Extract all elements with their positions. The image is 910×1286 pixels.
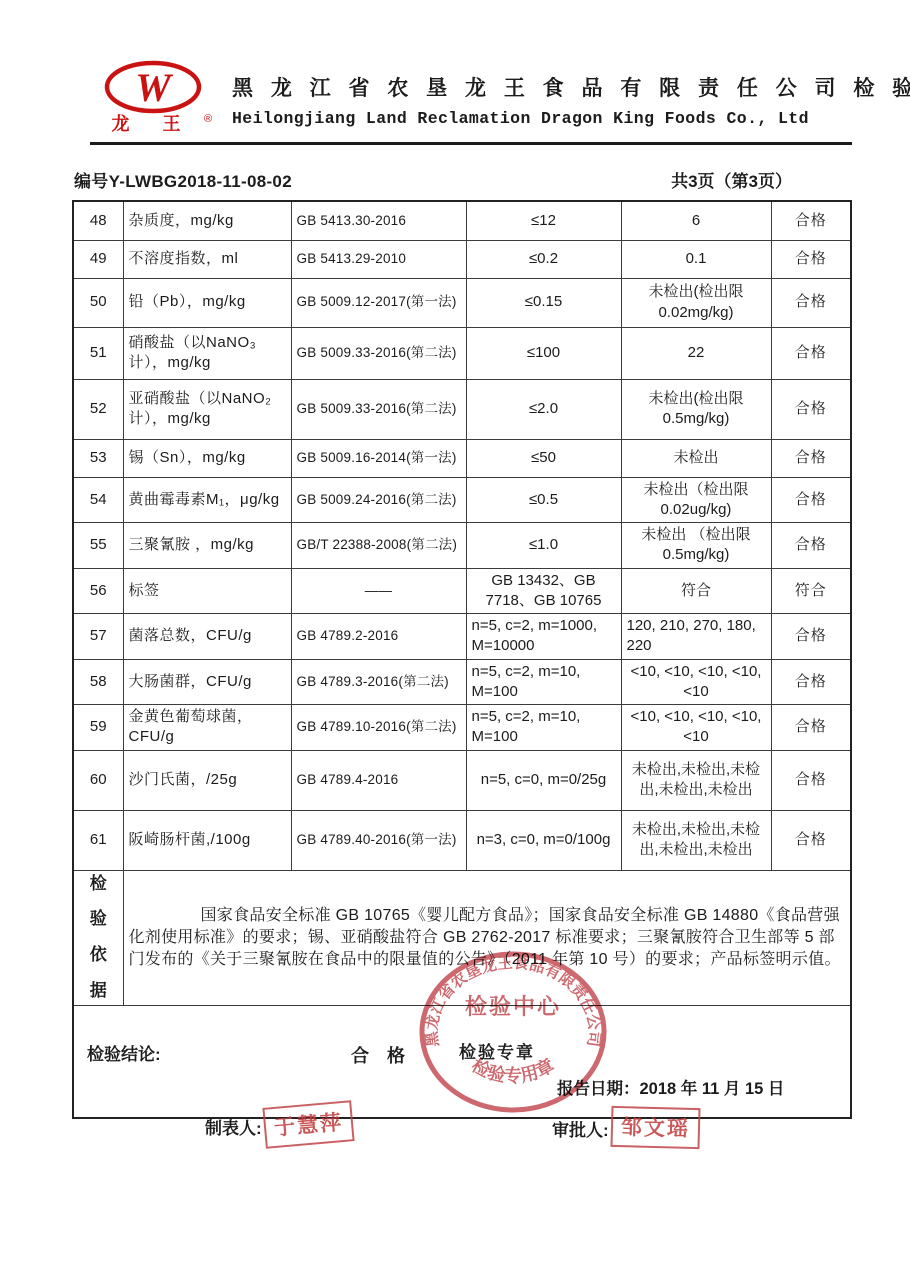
item-name: 杂质度，mg/kg	[123, 201, 291, 240]
approver-label: 审批人:	[552, 1116, 609, 1141]
test-method: GB 5009.33-2016(第二法)	[291, 327, 466, 379]
conclusion-label: 检验结论:	[87, 1044, 161, 1067]
test-method: GB 4789.40-2016(第一法)	[291, 810, 466, 870]
result-value: 6	[621, 201, 771, 240]
row-no: 51	[73, 327, 123, 379]
test-method: GB 4789.10-2016(第二法)	[291, 705, 466, 751]
result-value: 未检出(检出限 0.02mg/kg)	[621, 278, 771, 327]
limit-value: n=5, c=2, m=10, M=100	[466, 705, 621, 751]
table-row: 61 阪崎肠杆菌,/100g GB 4789.40-2016(第一法) n=3,…	[73, 810, 851, 870]
test-method: GB 5009.24-2016(第二法)	[291, 477, 466, 523]
limit-value: ≤100	[466, 327, 621, 379]
limit-value: ≤2.0	[466, 379, 621, 439]
limit-value: n=5, c=0, m=0/25g	[466, 750, 621, 810]
item-name: 标签	[123, 568, 291, 614]
row-no: 49	[73, 240, 123, 278]
conclusion-value: 合格	[771, 523, 851, 569]
result-value: 120, 210, 270, 180, 220	[621, 614, 771, 660]
page-indicator: 共3页（第3页）	[671, 167, 792, 192]
result-value: 符合	[621, 568, 771, 614]
report-page: W 龙 王 ® 黑 龙 江 省 农 垦 龙 王 食 品 有 限 责 任 公 司 …	[0, 0, 910, 1286]
result-value: 未检出,未检出,未检出,未检出,未检出	[621, 810, 771, 870]
limit-value: ≤1.0	[466, 523, 621, 569]
limit-value: ≤0.15	[466, 278, 621, 327]
basis-label-char: 依	[90, 944, 107, 967]
limit-value: ≤12	[466, 201, 621, 240]
table-row: 50 铅（Pb），mg/kg GB 5009.12-2017(第一法) ≤0.1…	[73, 278, 851, 327]
basis-label-cell: 检 验 依 据	[73, 870, 123, 1006]
row-no: 53	[73, 439, 123, 477]
result-value: 未检出（检出限 0.02ug/kg)	[621, 477, 771, 523]
conclusion-value: 合格	[771, 659, 851, 705]
basis-label-char: 检	[90, 873, 107, 896]
conclusion-result: 合 格	[351, 1044, 405, 1068]
item-name: 菌落总数，CFU/g	[123, 614, 291, 660]
item-name: 锡（Sn），mg/kg	[123, 439, 291, 477]
official-seal: 黑龙江省农垦龙王食品有限责任公司 检验中心 检验专用章	[416, 948, 610, 1118]
test-method: GB 5413.29-2010	[291, 240, 466, 278]
conclusion-value: 符合	[771, 568, 851, 614]
row-no: 57	[73, 614, 123, 660]
item-name: 金黄色葡萄球菌，CFU/g	[123, 705, 291, 751]
item-name: 硝酸盐（以NaNO₃ 计），mg/kg	[123, 327, 291, 379]
approver-name-stamp: 邹文瑶	[610, 1106, 700, 1149]
company-name-cn: 黑 龙 江 省 农 垦 龙 王 食 品 有 限 责 任 公 司 检 验 中 心	[232, 72, 792, 102]
dragon-king-logo: W 龙 王 ®	[98, 58, 216, 136]
row-no: 52	[73, 379, 123, 439]
conclusion-value: 合格	[771, 327, 851, 379]
result-value: 22	[621, 327, 771, 379]
item-name: 沙门氏菌，/25g	[123, 750, 291, 810]
table-row: 53 锡（Sn），mg/kg GB 5009.16-2014(第一法) ≤50 …	[73, 439, 851, 477]
item-name: 三聚氰胺 ，mg/kg	[123, 523, 291, 569]
test-method: GB 4789.2-2016	[291, 614, 466, 660]
seal-bottom-text: 检验专用章	[468, 1054, 557, 1086]
item-name: 铅（Pb），mg/kg	[123, 278, 291, 327]
seal-ring	[422, 954, 604, 1110]
header-company-block: 黑 龙 江 省 农 垦 龙 王 食 品 有 限 责 任 公 司 检 验 中 心 …	[232, 72, 792, 128]
row-no: 54	[73, 477, 123, 523]
preparer-label: 制表人:	[205, 1114, 262, 1139]
limit-value: n=3, c=0, m=0/100g	[466, 810, 621, 870]
row-no: 60	[73, 750, 123, 810]
company-name-en: Heilongjiang Land Reclamation Dragon Kin…	[232, 109, 792, 128]
conclusion-value: 合格	[771, 439, 851, 477]
limit-value: GB 13432、GB 7718、GB 10765	[466, 568, 621, 614]
conclusion-value: 合格	[771, 705, 851, 751]
result-value: 未检出(检出限 0.5mg/kg)	[621, 379, 771, 439]
item-name: 阪崎肠杆菌,/100g	[123, 810, 291, 870]
test-method: GB 5009.16-2014(第一法)	[291, 439, 466, 477]
result-value: 未检出 （检出限 0.5mg/kg)	[621, 523, 771, 569]
preparer-name-stamp: 于慧萍	[262, 1100, 354, 1149]
table-row: 51 硝酸盐（以NaNO₃ 计），mg/kg GB 5009.33-2016(第…	[73, 327, 851, 379]
basis-label-char: 据	[90, 980, 107, 1003]
table-row: 56 标签 —— GB 13432、GB 7718、GB 10765 符合 符合	[73, 568, 851, 614]
conclusion-value: 合格	[771, 614, 851, 660]
conclusion-value: 合格	[771, 201, 851, 240]
logo-brand-text: 龙 王	[111, 113, 194, 134]
table-row: 60 沙门氏菌，/25g GB 4789.4-2016 n=5, c=0, m=…	[73, 750, 851, 810]
result-value: 0.1	[621, 240, 771, 278]
conclusion-value: 合格	[771, 750, 851, 810]
logo-w-mark-icon: W	[135, 65, 173, 110]
result-value: 未检出	[621, 439, 771, 477]
row-no: 48	[73, 201, 123, 240]
item-name: 黄曲霉毒素M₁，μg/kg	[123, 477, 291, 523]
table-row: 59 金黄色葡萄球菌，CFU/g GB 4789.10-2016(第二法) n=…	[73, 705, 851, 751]
row-no: 59	[73, 705, 123, 751]
test-method: ——	[291, 568, 466, 614]
item-name: 亚硝酸盐（以NaNO₂ 计），mg/kg	[123, 379, 291, 439]
limit-value: ≤0.5	[466, 477, 621, 523]
conclusion-value: 合格	[771, 810, 851, 870]
conclusion-value: 合格	[771, 379, 851, 439]
test-method: GB/T 22388-2008(第二法)	[291, 523, 466, 569]
table-row: 58 大肠菌群，CFU/g GB 4789.3-2016(第二法) n=5, c…	[73, 659, 851, 705]
table-row: 57 菌落总数，CFU/g GB 4789.2-2016 n=5, c=2, m…	[73, 614, 851, 660]
item-name: 不溶度指数，ml	[123, 240, 291, 278]
seal-center-text: 检验中心	[465, 994, 561, 1019]
test-method: GB 5009.12-2017(第一法)	[291, 278, 466, 327]
limit-value: n=5, c=2, m=1000, M=10000	[466, 614, 621, 660]
result-value: 未检出,未检出,未检出,未检出,未检出	[621, 750, 771, 810]
test-method: GB 5413.30-2016	[291, 201, 466, 240]
table-row: 52 亚硝酸盐（以NaNO₂ 计），mg/kg GB 5009.33-2016(…	[73, 379, 851, 439]
registered-mark-icon: ®	[204, 113, 212, 125]
limit-value: ≤50	[466, 439, 621, 477]
table-row: 49 不溶度指数，ml GB 5413.29-2010 ≤0.2 0.1 合格	[73, 240, 851, 278]
limit-value: n=5, c=2, m=10, M=100	[466, 659, 621, 705]
item-name: 大肠菌群，CFU/g	[123, 659, 291, 705]
row-no: 55	[73, 523, 123, 569]
table-row: 55 三聚氰胺 ，mg/kg GB/T 22388-2008(第二法) ≤1.0…	[73, 523, 851, 569]
document-number: 编号Y-LWBG2018-11-08-02	[74, 167, 292, 192]
table-row: 54 黄曲霉毒素M₁，μg/kg GB 5009.24-2016(第二法) ≤0…	[73, 477, 851, 523]
table-row: 48 杂质度，mg/kg GB 5413.30-2016 ≤12 6 合格	[73, 201, 851, 240]
svg-text:检验专用章: 检验专用章	[468, 1054, 557, 1086]
row-no: 61	[73, 810, 123, 870]
test-method: GB 4789.4-2016	[291, 750, 466, 810]
result-value: <10, <10, <10, <10, <10	[621, 659, 771, 705]
test-method: GB 4789.3-2016(第二法)	[291, 659, 466, 705]
conclusion-value: 合格	[771, 240, 851, 278]
row-no: 58	[73, 659, 123, 705]
header-divider	[90, 142, 852, 145]
row-no: 56	[73, 568, 123, 614]
conclusion-value: 合格	[771, 278, 851, 327]
result-value: <10, <10, <10, <10, <10	[621, 705, 771, 751]
test-method: GB 5009.33-2016(第二法)	[291, 379, 466, 439]
conclusion-value: 合格	[771, 477, 851, 523]
basis-label-char: 验	[90, 908, 107, 931]
row-no: 50	[73, 278, 123, 327]
limit-value: ≤0.2	[466, 240, 621, 278]
